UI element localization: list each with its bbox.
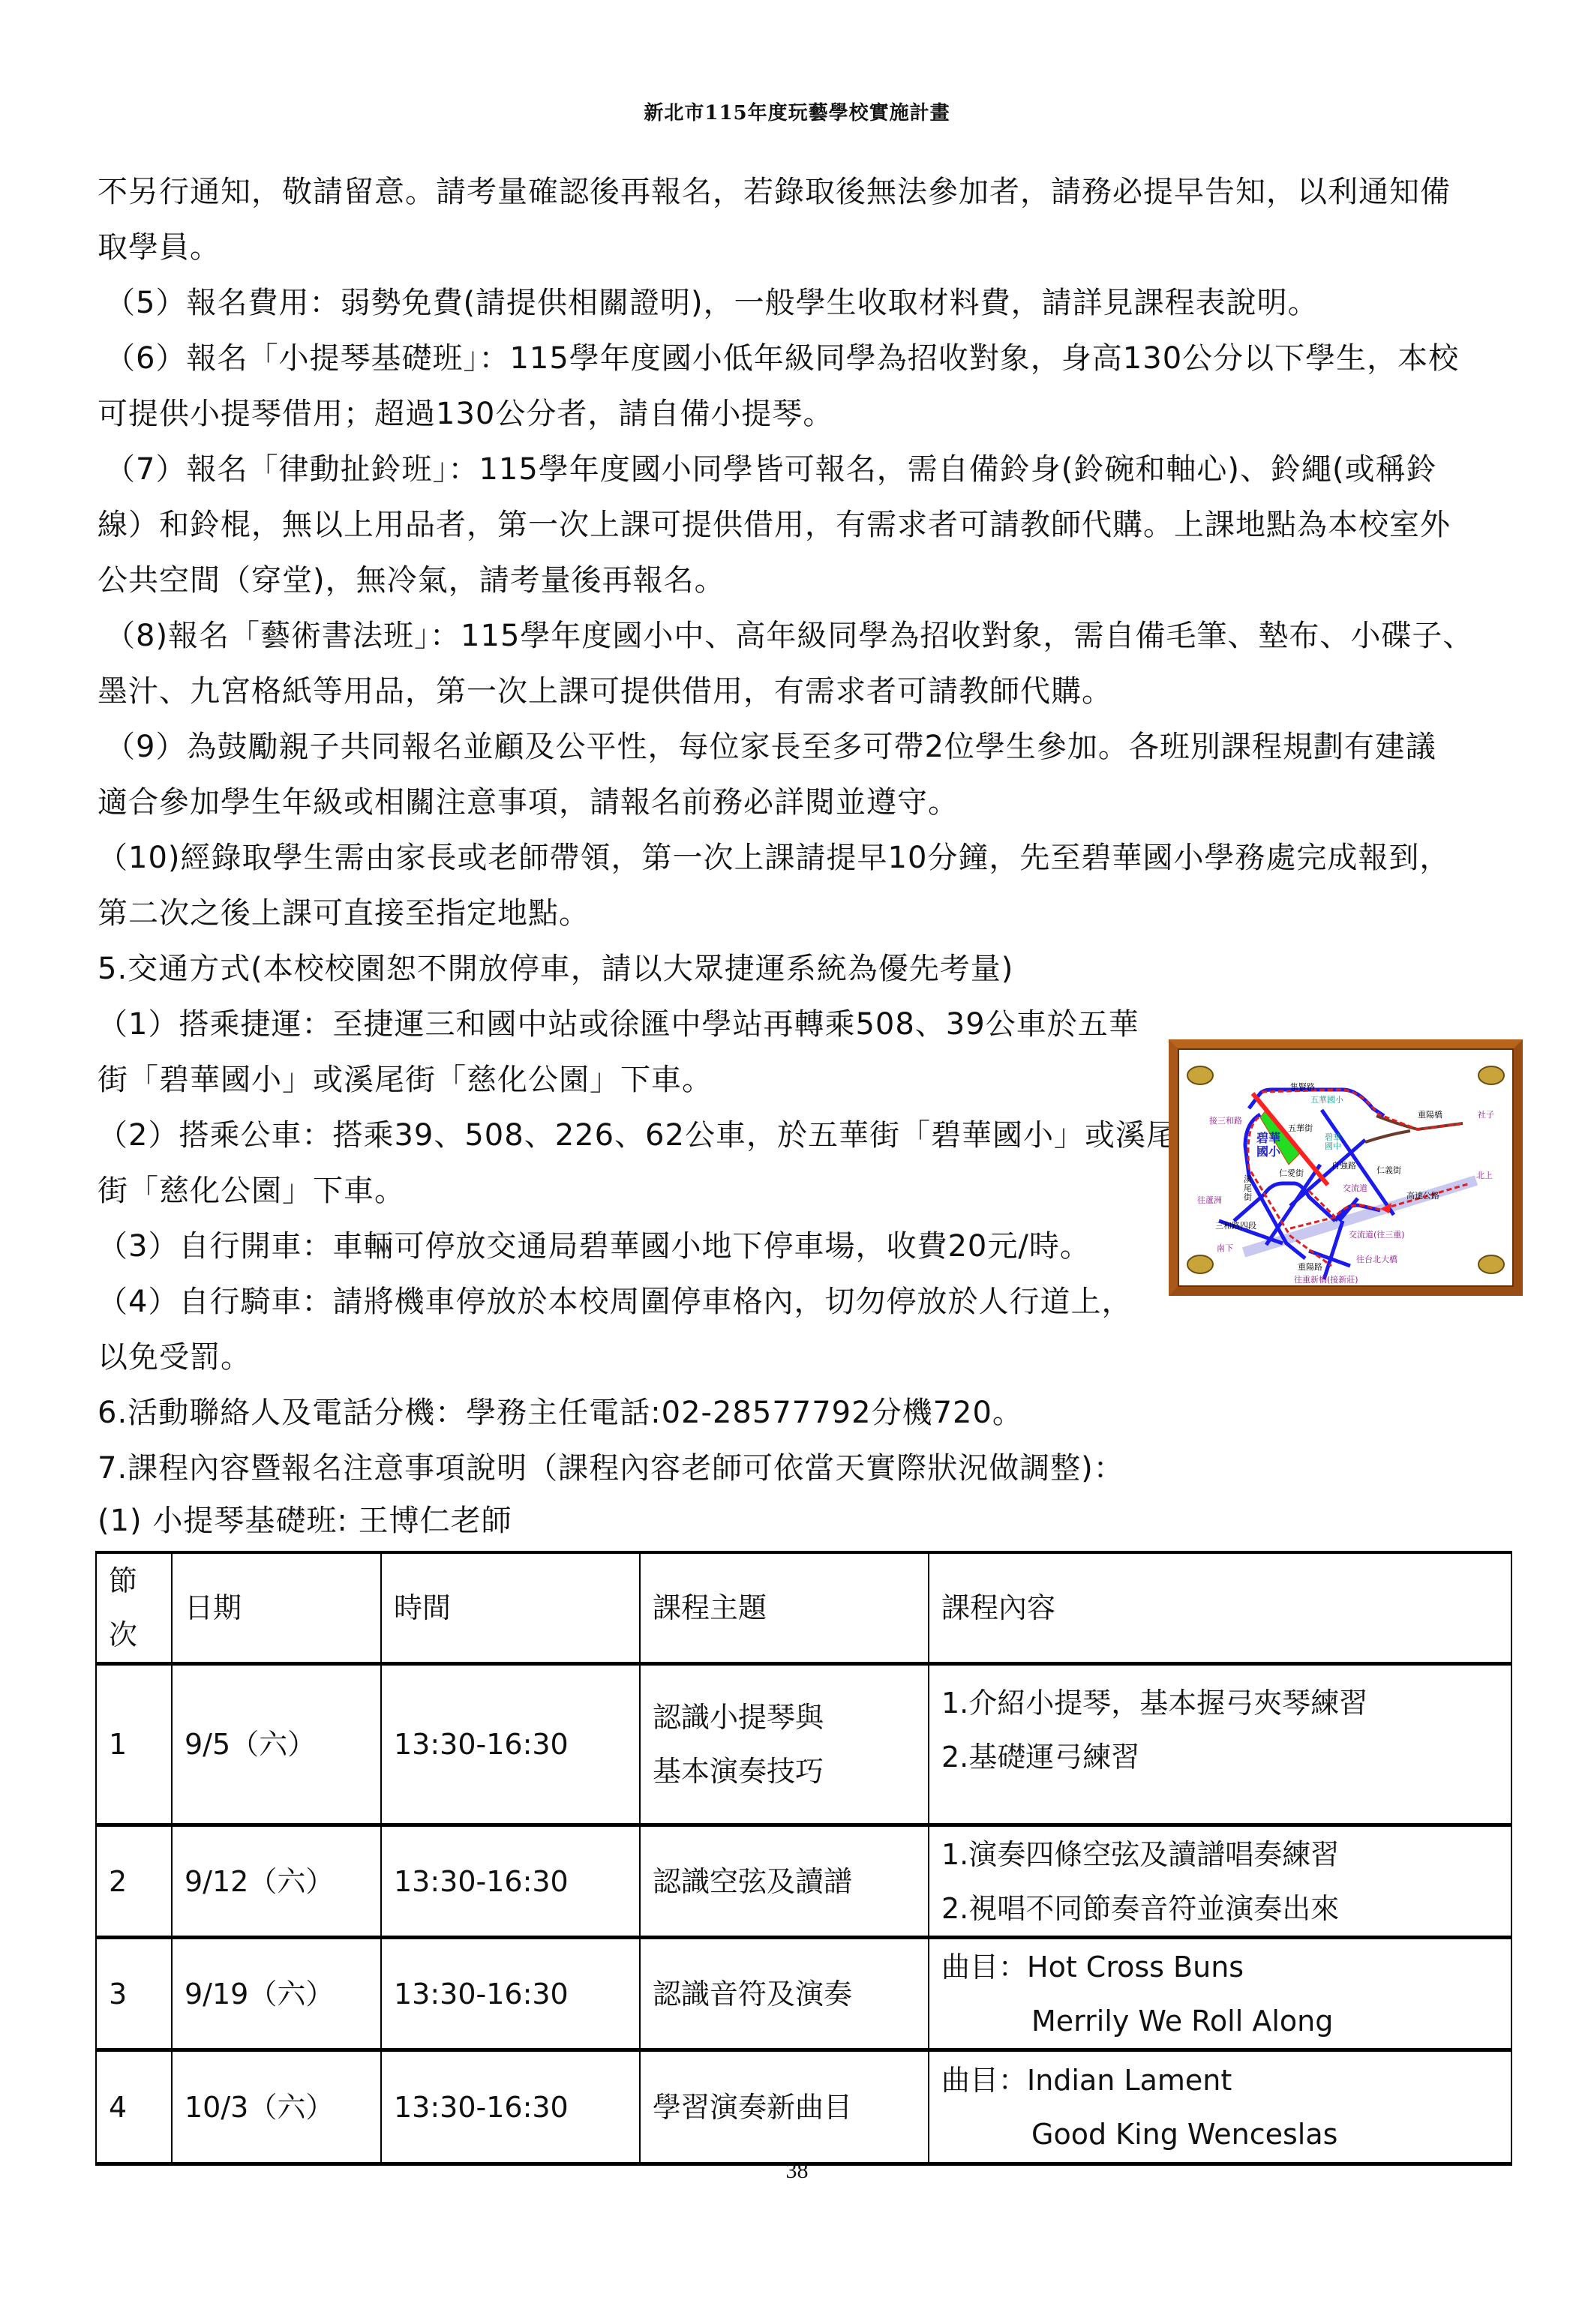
- paragraph-line: 不另行通知，敬請留意。請考量確認後再報名，若錄取後無法參加者，請務必提早告知，以…: [98, 174, 1451, 210]
- contact-line: 6.活動聯絡人及電話分機：學務主任電話:02-28577792分機720。: [98, 1395, 1023, 1431]
- map-label: 仁愛街: [1279, 1168, 1304, 1178]
- bridge-shape: [1365, 1116, 1463, 1142]
- map-label: 接三和路: [1209, 1115, 1242, 1126]
- map-label: 三和路四段: [1215, 1221, 1256, 1231]
- header-content: 課程內容: [929, 1552, 1511, 1664]
- item-6-violin-line2: 可提供小提琴借用；超過130公分者，請自備小提琴。: [98, 396, 833, 432]
- header-time: 時間: [381, 1552, 640, 1664]
- map-label: 交流道: [1343, 1183, 1367, 1193]
- item-8-calligraphy-line1: （8)報名「藝術書法班」：115學年度國小中、高年級同學為招收對象，需自備毛筆、…: [105, 618, 1473, 654]
- table-header-row: 節 次 日期 時間 課程主題 課程內容: [96, 1552, 1511, 1664]
- transport-mrt-line2: 街「碧華國小」或溪尾街「慈化公園」下車。: [98, 1062, 713, 1098]
- map-label: 仁義街: [1376, 1165, 1401, 1175]
- cell-date: 9/12（六）: [172, 1825, 381, 1938]
- transport-car: （3）自行開車：車輛可停放交通局碧華國小地下停車場，收費20元/時。: [98, 1228, 1091, 1264]
- table-row: 3 9/19（六） 13:30-16:30 認識音符及演奏 曲目：Hot Cro…: [96, 1938, 1511, 2050]
- cell-session: 2: [96, 1825, 172, 1938]
- map-label: 往重新橋(接新莊): [1294, 1274, 1358, 1285]
- course-notes-heading: 7.課程內容暨報名注意事項說明（課程內容老師可依當天實際狀況做調整)：: [98, 1450, 1124, 1486]
- cell-session: 3: [96, 1938, 172, 2050]
- item-7-diabolo-line1: （7）報名「律動扯鈴班」：115學年度國小同學皆可報名，需自備鈴身(鈴碗和軸心)…: [105, 451, 1437, 487]
- map-label: 五華街: [1288, 1123, 1313, 1133]
- transport-scooter-line2: 以免受罰。: [98, 1339, 251, 1375]
- table-row: 1 9/5（六） 13:30-16:30 認識小提琴與 基本演奏技巧 1.介紹小…: [96, 1664, 1511, 1825]
- transport-scooter-line1: （4）自行騎車：請將機車停放於本校周圍停車格內，切勿停放於人行道上，: [98, 1284, 1132, 1320]
- map-label: 街: [1244, 1192, 1252, 1202]
- item-7-diabolo-line2: 線）和鈴棍，無以上用品者，第一次上課可提供借用，有需求者可請教師代購。上課地點為…: [98, 507, 1451, 543]
- map-label: 碧華: [1256, 1131, 1280, 1145]
- map-label: 國中: [1325, 1141, 1341, 1151]
- item-10-checkin-line1: （10)經錄取學生需由家長或老師帶領，第一次上課請提早10分鐘，先至碧華國小學務…: [98, 840, 1450, 876]
- map-label: 南下: [1217, 1243, 1233, 1253]
- cell-topic: 認識音符及演奏: [640, 1938, 929, 2050]
- map-label: 往台北大橋: [1356, 1254, 1397, 1264]
- map-label: 重陽橋: [1418, 1109, 1442, 1120]
- transport-mrt-line1: （1）搭乘捷運：至捷運三和國中站或徐匯中學站再轉乘508、39公車於五華: [98, 1006, 1139, 1042]
- map-label: 往蘆洲: [1197, 1195, 1222, 1205]
- item-6-violin-line1: （6）報名「小提琴基礎班」：115學年度國小低年級同學為招收對象，身高130公分…: [105, 340, 1459, 376]
- map-label: 碧華: [1325, 1132, 1341, 1142]
- cell-content: 1.介紹小提琴，基本握弓夾琴練習 2.基礎運弓練習: [929, 1664, 1511, 1825]
- cell-topic: 認識小提琴與 基本演奏技巧: [640, 1664, 929, 1825]
- table-row: 2 9/12（六） 13:30-16:30 認識空弦及讀譜 1.演奏四條空弦及讀…: [96, 1825, 1511, 1938]
- item-5-fee: （5）報名費用：弱勢免費(請提供相關證明)，一般學生收取材料費，請詳見課程表說明…: [105, 285, 1319, 321]
- schedule-table: 節 次 日期 時間 課程主題 課程內容 1 9/5（六） 13:30-16:30…: [95, 1551, 1512, 2166]
- cell-content: 1.演奏四條空弦及讀譜唱奏練習 2.視唱不同節奏音符並演奏出來: [929, 1825, 1511, 1938]
- item-9-parent-line1: （9）為鼓勵親子共同報名並顧及公平性，每位家長至多可帶2位學生參加。各班別課程規…: [105, 729, 1436, 765]
- cell-topic: 認識空弦及讀譜: [640, 1825, 929, 1938]
- page-number: 38: [0, 2158, 1594, 2184]
- map-label: 自強路: [1331, 1160, 1356, 1171]
- header-date: 日期: [172, 1552, 381, 1664]
- cell-content: 曲目：Hot Cross Buns Merrily We Roll Along: [929, 1938, 1511, 2050]
- map-label: 北上: [1476, 1170, 1493, 1180]
- cell-session: 1: [96, 1664, 172, 1825]
- map-label: 社子: [1478, 1109, 1494, 1120]
- map-label: 交流道(往三重): [1349, 1229, 1405, 1240]
- map-label: 溪: [1244, 1174, 1252, 1184]
- map-label: 國小: [1256, 1144, 1281, 1159]
- cell-content: 曲目：Indian Lament Good King Wenceslas: [929, 2050, 1511, 2164]
- location-map: 集賢路 五華國小 重陽橋 社子 接三和路 五華街 碧華 國小 碧華 國中 自強路…: [1169, 1039, 1523, 1296]
- cell-date: 10/3（六）: [172, 2050, 381, 2164]
- item-7-diabolo-line3: 公共空間（穿堂)，無冷氣，請考量後再報名。: [98, 562, 725, 598]
- cell-time: 13:30-16:30: [381, 1664, 640, 1825]
- map-label: 五華國小: [1310, 1094, 1344, 1105]
- cell-date: 9/5（六）: [172, 1664, 381, 1825]
- table-row: 4 10/3（六） 13:30-16:30 學習演奏新曲目 曲目：Indian …: [96, 2050, 1511, 2164]
- header-topic: 課程主題: [640, 1552, 929, 1664]
- paragraph-line: 取學員。: [98, 229, 221, 265]
- map-label: 集賢路: [1290, 1081, 1315, 1092]
- item-10-checkin-line2: 第二次之後上課可直接至指定地點。: [98, 895, 590, 931]
- cell-time: 13:30-16:30: [381, 1938, 640, 2050]
- item-8-calligraphy-line2: 墨汁、九宮格紙等用品，第一次上課可提供借用，有需求者可請教師代購。: [98, 673, 1112, 709]
- cell-date: 9/19（六）: [172, 1938, 381, 2050]
- map-label: 高速公路: [1406, 1190, 1439, 1201]
- cell-time: 13:30-16:30: [381, 2050, 640, 2164]
- header-session: 節 次: [96, 1552, 172, 1664]
- map-drawing: 集賢路 五華國小 重陽橋 社子 接三和路 五華街 碧華 國小 碧華 國中 自強路…: [1178, 1048, 1514, 1287]
- class-title: (1) 小提琴基礎班: 王博仁老師: [98, 1503, 512, 1539]
- map-label: 重陽路: [1298, 1261, 1322, 1272]
- document-header-title: 新北市115年度玩藝學校實施計畫: [0, 97, 1594, 125]
- transport-bus-line2: 街「慈化公園」下車。: [98, 1173, 405, 1209]
- transport-heading: 5.交通方式(本校校園恕不開放停車，請以大眾捷運系統為優先考量): [98, 951, 1013, 987]
- transport-bus-line1: （2）搭乘公車：搭乘39、508、226、62公車，於五華街「碧華國小」或溪尾: [98, 1117, 1177, 1153]
- cell-topic: 學習演奏新曲目: [640, 2050, 929, 2164]
- item-9-parent-line2: 適合參加學生年級或相關注意事項，請報名前務必詳閱並遵守。: [98, 784, 959, 820]
- cell-session: 4: [96, 2050, 172, 2164]
- cell-time: 13:30-16:30: [381, 1825, 640, 1938]
